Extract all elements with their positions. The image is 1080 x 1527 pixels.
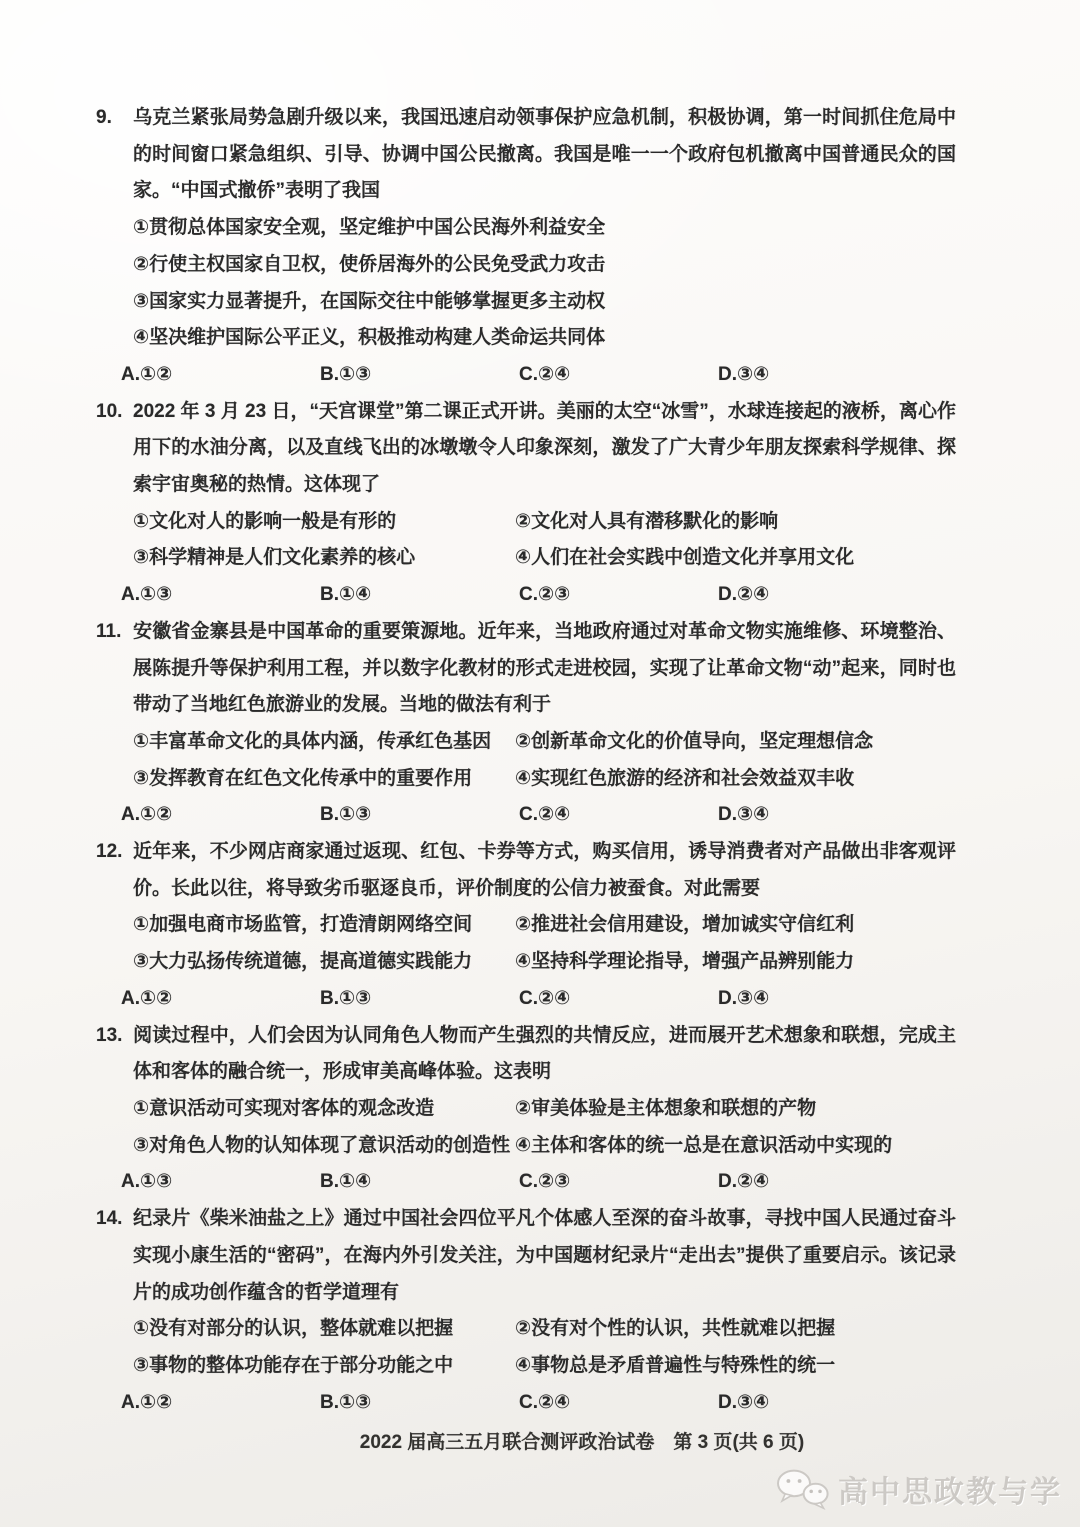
question-number: 11. bbox=[96, 614, 133, 651]
answer-d: D.②④ bbox=[718, 577, 956, 614]
answer-b: B.①④ bbox=[320, 577, 519, 614]
question-stem: 14.纪录片《柴米油盐之上》通过中国社会四位平凡个体感人至深的奋斗故事，寻找中国… bbox=[96, 1201, 956, 1311]
option-2: ②行使主权国家自卫权，使侨居海外的公民免受武力攻击 bbox=[133, 247, 956, 284]
question-13: 13.阅读过程中，人们会因为认同角色人物而产生强烈的共情反应，进而展开艺术想象和… bbox=[96, 1018, 956, 1202]
answer-row: A.①③ B.①④ C.②③ D.②④ bbox=[96, 1164, 956, 1201]
option-2: ②创新革命文化的价值导向，坚定理想信念 bbox=[515, 724, 956, 761]
option-2: ②没有对个性的认识，共性就难以把握 bbox=[515, 1311, 956, 1348]
answer-b: B.①③ bbox=[320, 357, 519, 394]
option-4: ④坚决维护国际公平正义，积极推动构建人类命运共同体 bbox=[133, 320, 956, 357]
answer-a: A.①② bbox=[121, 357, 320, 394]
question-text: 乌克兰紧张局势急剧升级以来，我国迅速启动领事保护应急机制，积极协调，第一时间抓住… bbox=[133, 107, 956, 201]
option-list: ①加强电商市场监管，打造清朗网络空间 ②推进社会信用建设，增加诚实守信红利 ③大… bbox=[133, 907, 956, 980]
answer-d: D.③④ bbox=[718, 357, 956, 394]
option-2: ②审美体验是主体想象和联想的产物 bbox=[515, 1091, 956, 1128]
option-1: ①贯彻总体国家安全观，坚定维护中国公民海外利益安全 bbox=[133, 210, 956, 247]
option-3: ③事物的整体功能存在于部分功能之中 bbox=[133, 1348, 515, 1385]
question-9: 9.乌克兰紧张局势急剧升级以来，我国迅速启动领事保护应急机制，积极协调，第一时间… bbox=[96, 100, 956, 394]
question-stem: 13.阅读过程中，人们会因为认同角色人物而产生强烈的共情反应，进而展开艺术想象和… bbox=[96, 1018, 956, 1091]
option-list: ①文化对人的影响一般是有形的 ②文化对人具有潜移默化的影响 ③科学精神是人们文化… bbox=[133, 504, 956, 577]
question-stem: 10.2022 年 3 月 23 日，“天宫课堂”第二课正式开讲。美丽的太空“冰… bbox=[96, 394, 956, 504]
question-11: 11.安徽省金寨县是中国革命的重要策源地。近年来，当地政府通过对革命文物实施维修… bbox=[96, 614, 956, 834]
answer-row: A.①② B.①③ C.②④ D.③④ bbox=[96, 797, 956, 834]
publisher-watermark: 高中思政教与学 bbox=[774, 1467, 1062, 1511]
answer-b: B.①④ bbox=[320, 1164, 519, 1201]
option-3: ③大力弘扬传统道德，提高道德实践能力 bbox=[133, 944, 515, 981]
option-2: ②文化对人具有潜移默化的影响 bbox=[515, 504, 956, 541]
page-footer: 2022 届高三五月联合测评政治试卷 第 3 页(共 6 页) bbox=[110, 1425, 1054, 1462]
question-10: 10.2022 年 3 月 23 日，“天宫课堂”第二课正式开讲。美丽的太空“冰… bbox=[96, 394, 956, 614]
answer-row: A.①② B.①③ C.②④ D.③④ bbox=[96, 357, 956, 394]
answer-a: A.①② bbox=[121, 981, 320, 1018]
option-list: ①意识活动可实现对客体的观念改造 ②审美体验是主体想象和联想的产物 ③对角色人物… bbox=[133, 1091, 956, 1164]
option-4: ④坚持科学理论指导，增强产品辨别能力 bbox=[515, 944, 956, 981]
question-text: 纪录片《柴米油盐之上》通过中国社会四位平凡个体感人至深的奋斗故事，寻找中国人民通… bbox=[133, 1208, 956, 1302]
option-2: ②推进社会信用建设，增加诚实守信红利 bbox=[515, 907, 956, 944]
answer-a: A.①③ bbox=[121, 1164, 320, 1201]
question-stem: 11.安徽省金寨县是中国革命的重要策源地。近年来，当地政府通过对革命文物实施维修… bbox=[96, 614, 956, 724]
answer-d: D.③④ bbox=[718, 797, 956, 834]
answer-a: A.①② bbox=[121, 797, 320, 834]
option-1: ①意识活动可实现对客体的观念改造 bbox=[133, 1091, 515, 1128]
exam-page-scan: 9.乌克兰紧张局势急剧升级以来，我国迅速启动领事保护应急机制，积极协调，第一时间… bbox=[0, 0, 1080, 1527]
wechat-icon bbox=[774, 1467, 830, 1511]
option-1: ①文化对人的影响一般是有形的 bbox=[133, 504, 515, 541]
footer-text: 2022 届高三五月联合测评政治试卷 第 3 页(共 6 页) bbox=[360, 1432, 804, 1453]
watermark-label: 高中思政教与学 bbox=[838, 1467, 1062, 1511]
answer-row: A.①③ B.①④ C.②③ D.②④ bbox=[96, 577, 956, 614]
question-12: 12.近年来，不少网店商家通过返现、红包、卡券等方式，购买信用，诱导消费者对产品… bbox=[96, 834, 956, 1018]
option-list: ①贯彻总体国家安全观，坚定维护中国公民海外利益安全 ②行使主权国家自卫权，使侨居… bbox=[133, 210, 956, 357]
question-text: 2022 年 3 月 23 日，“天宫课堂”第二课正式开讲。美丽的太空“冰雪”，… bbox=[133, 401, 956, 495]
answer-row: A.①② B.①③ C.②④ D.③④ bbox=[96, 1385, 956, 1422]
answer-row: A.①② B.①③ C.②④ D.③④ bbox=[96, 981, 956, 1018]
question-text: 安徽省金寨县是中国革命的重要策源地。近年来，当地政府通过对革命文物实施维修、环境… bbox=[133, 621, 956, 715]
question-stem: 12.近年来，不少网店商家通过返现、红包、卡券等方式，购买信用，诱导消费者对产品… bbox=[96, 834, 956, 907]
question-number: 14. bbox=[96, 1201, 133, 1238]
question-number: 10. bbox=[96, 394, 133, 431]
answer-a: A.①③ bbox=[121, 577, 320, 614]
answer-c: C.②③ bbox=[519, 577, 718, 614]
option-4: ④事物总是矛盾普遍性与特殊性的统一 bbox=[515, 1348, 956, 1385]
question-text: 阅读过程中，人们会因为认同角色人物而产生强烈的共情反应，进而展开艺术想象和联想，… bbox=[133, 1025, 956, 1083]
option-4: ④实现红色旅游的经济和社会效益双丰收 bbox=[515, 761, 956, 798]
answer-c: C.②④ bbox=[519, 797, 718, 834]
answer-c: C.②④ bbox=[519, 981, 718, 1018]
option-3: ③发挥教育在红色文化传承中的重要作用 bbox=[133, 761, 515, 798]
answer-c: C.②④ bbox=[519, 1385, 718, 1422]
answer-c: C.②④ bbox=[519, 357, 718, 394]
answer-c: C.②③ bbox=[519, 1164, 718, 1201]
question-number: 9. bbox=[96, 100, 133, 137]
question-14: 14.纪录片《柴米油盐之上》通过中国社会四位平凡个体感人至深的奋斗故事，寻找中国… bbox=[96, 1201, 956, 1421]
question-stem: 9.乌克兰紧张局势急剧升级以来，我国迅速启动领事保护应急机制，积极协调，第一时间… bbox=[96, 100, 956, 210]
option-list: ①没有对部分的认识，整体就难以把握 ②没有对个性的认识，共性就难以把握 ③事物的… bbox=[133, 1311, 956, 1384]
question-list: 9.乌克兰紧张局势急剧升级以来，我国迅速启动领事保护应急机制，积极协调，第一时间… bbox=[0, 0, 1080, 1462]
option-1: ①没有对部分的认识，整体就难以把握 bbox=[133, 1311, 515, 1348]
answer-b: B.①③ bbox=[320, 1385, 519, 1422]
option-list: ①丰富革命文化的具体内涵，传承红色基因 ②创新革命文化的价值导向，坚定理想信念 … bbox=[133, 724, 956, 797]
question-text: 近年来，不少网店商家通过返现、红包、卡券等方式，购买信用，诱导消费者对产品做出非… bbox=[133, 841, 956, 899]
option-4: ④主体和客体的统一总是在意识活动中实现的 bbox=[515, 1128, 956, 1165]
answer-b: B.①③ bbox=[320, 797, 519, 834]
question-number: 12. bbox=[96, 834, 133, 871]
option-3: ③科学精神是人们文化素养的核心 bbox=[133, 540, 515, 577]
option-3: ③国家实力显著提升，在国际交往中能够掌握更多主动权 bbox=[133, 284, 956, 321]
option-3: ③对角色人物的认知体现了意识活动的创造性 bbox=[133, 1128, 515, 1165]
answer-a: A.①② bbox=[121, 1385, 320, 1422]
answer-d: D.③④ bbox=[718, 981, 956, 1018]
option-1: ①加强电商市场监管，打造清朗网络空间 bbox=[133, 907, 515, 944]
option-4: ④人们在社会实践中创造文化并享用文化 bbox=[515, 540, 956, 577]
question-number: 13. bbox=[96, 1018, 133, 1055]
answer-d: D.②④ bbox=[718, 1164, 956, 1201]
option-1: ①丰富革命文化的具体内涵，传承红色基因 bbox=[133, 724, 515, 761]
answer-b: B.①③ bbox=[320, 981, 519, 1018]
answer-d: D.③④ bbox=[718, 1385, 956, 1422]
